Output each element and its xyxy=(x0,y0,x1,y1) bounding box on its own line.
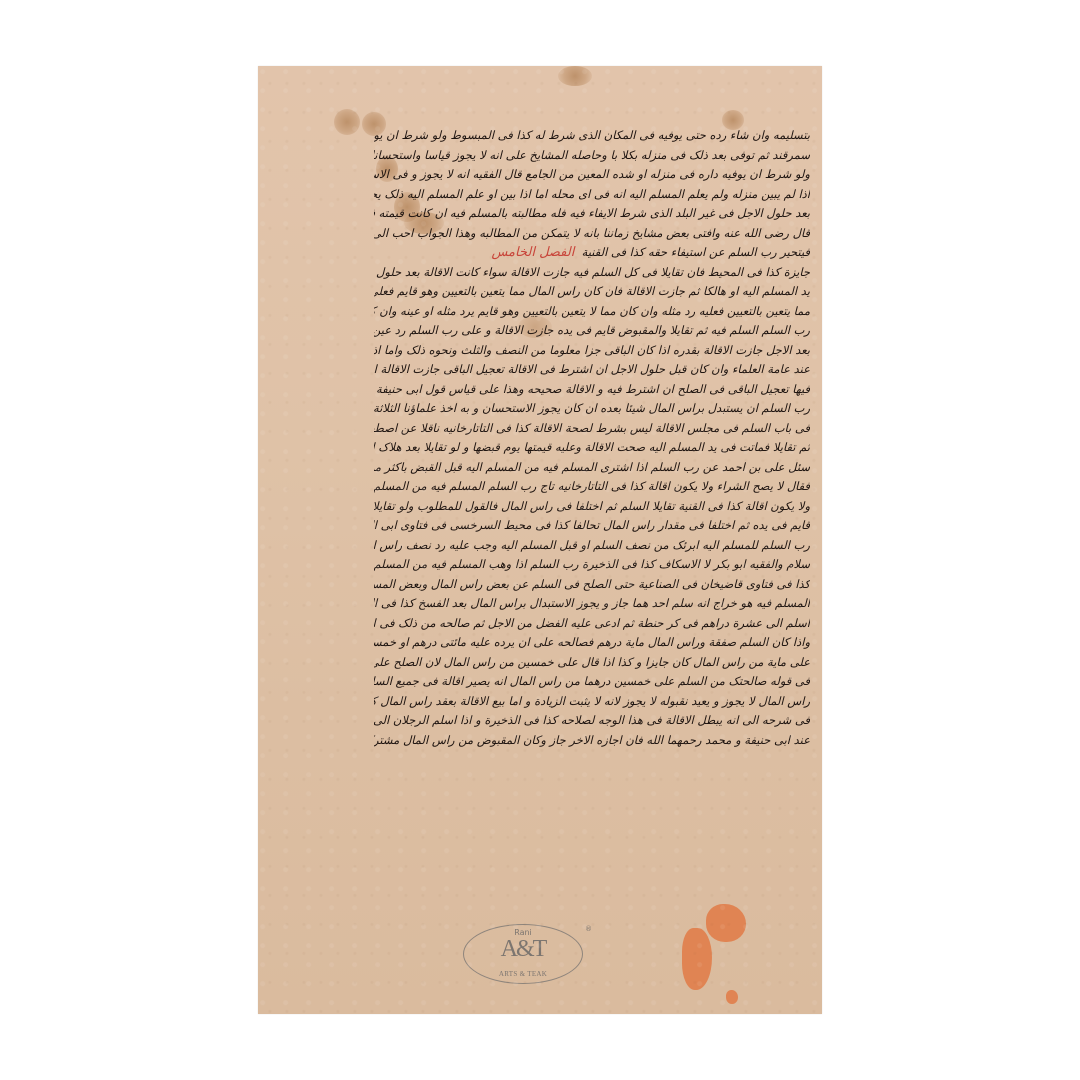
text-line: عند ابی حنیفة و محمد رحمهما الله فان اجا… xyxy=(374,731,810,751)
orange-stain xyxy=(682,928,712,990)
text-line: ید المسلم الیه او هالکا ثم جازت الاقالة … xyxy=(374,282,810,302)
text-line: رب السلم السلم فیه ثم تقایلا والمقبوض قا… xyxy=(374,321,810,341)
text-line: فقال لا یصح الشراء ولا یکون اقالة کذا فی… xyxy=(374,477,810,497)
text-fragment: فیتحیر رب السلم عن استیفاء حقه کذا فی ال… xyxy=(582,245,810,259)
text-line: فی قوله صالحتک من السلم علی خمسین درهما … xyxy=(374,672,810,692)
manuscript-text: بتسلیمه وان شاء رده حتی یوفیه فی المکان … xyxy=(374,126,810,750)
text-line: قال رضی الله عنه وافتی بعض مشایخ زماننا … xyxy=(374,224,810,244)
text-line: جایزة کذا فی المحیط فان تقایلا فی کل الس… xyxy=(374,263,810,283)
text-line: ولا یکون اقالة کذا فی القنیة تقایلا السل… xyxy=(374,497,810,517)
text-line: فی باب السلم فی مجلس الاقالة لیس بشرط لص… xyxy=(374,419,810,439)
text-line: سمرقند ثم توفی بعد ذلک فی منزله بکلا با … xyxy=(374,146,810,166)
text-line: رب السلم ان یستبدل براس المال شیئا بعده … xyxy=(374,399,810,419)
text-line: رب السلم للمسلم الیه ابرئک من نصف السلم … xyxy=(374,536,810,556)
manuscript-page: بتسلیمه وان شاء رده حتی یوفیه فی المکان … xyxy=(258,66,822,1014)
text-line: بعد الاجل جازت الاقالة بقدره اذا کان الب… xyxy=(374,341,810,361)
text-line: قایم فی یده ثم اختلفا فی مقدار راس المال… xyxy=(374,516,810,536)
text-line: اسلم الی عشرة دراهم فی کر حنطة ثم ادعی ع… xyxy=(374,614,810,634)
watermark-bottom-text: ARTS & TEAK xyxy=(464,970,582,978)
stain xyxy=(334,109,360,135)
text-line: واذا کان السلم صفقة وراس المال مایة درهم… xyxy=(374,633,810,653)
text-line: المسلم فیه هو خراج انه سلم احد هما جاز و… xyxy=(374,594,810,614)
text-line: سلام والفقیه ابو بکر لا الاسکاف کذا فی ا… xyxy=(374,555,810,575)
text-line: مما یتعین بالتعیین فعلیه رد مثله وان کان… xyxy=(374,302,810,322)
text-line: کذا فی فتاوی قاضیخان فی الصناعیة حتی الص… xyxy=(374,575,810,595)
text-line-with-rubric: فیتحیر رب السلم عن استیفاء حقه کذا فی ال… xyxy=(374,243,810,263)
text-line: اذا لم یبین منزله ولم یعلم المسلم الیه ا… xyxy=(374,185,810,205)
text-line: ولو شرط ان یوفیه داره فی منزله او شده ال… xyxy=(374,165,810,185)
text-line: فی شرحه الی انه یبطل الاقالة فی هذا الوج… xyxy=(374,711,810,731)
orange-stain xyxy=(706,904,746,942)
chapter-rubric: الفصل الخامس xyxy=(491,245,574,260)
text-line: ثم تقایلا فماتت فی ید المسلم الیه صحت ال… xyxy=(374,438,810,458)
stain xyxy=(558,66,592,86)
orange-stain xyxy=(726,990,738,1004)
text-line: عند عامة العلماء وان کان قبل حلول الاجل … xyxy=(374,360,810,380)
text-line: سئل علی بن احمد عن رب السلم اذا اشتری ال… xyxy=(374,458,810,478)
arts-and-teak-watermark: Rani A&T ARTS & TEAK ® xyxy=(463,924,583,984)
text-line: بعد حلول الاجل فی غیر البلد الذی شرط الا… xyxy=(374,204,810,224)
registered-mark-icon: ® xyxy=(585,925,592,933)
watermark-monogram: A&T xyxy=(464,936,582,963)
text-line: راس المال لا یجوز و یعید نقبوله لا یجوز … xyxy=(374,692,810,712)
text-line: علی مایة من راس المال کان جایزا و کذا اذ… xyxy=(374,653,810,673)
text-line: بتسلیمه وان شاء رده حتی یوفیه فی المکان … xyxy=(374,126,810,146)
text-line: فیها تعجیل الباقی فی الصلح ان اشترط فیه … xyxy=(374,380,810,400)
